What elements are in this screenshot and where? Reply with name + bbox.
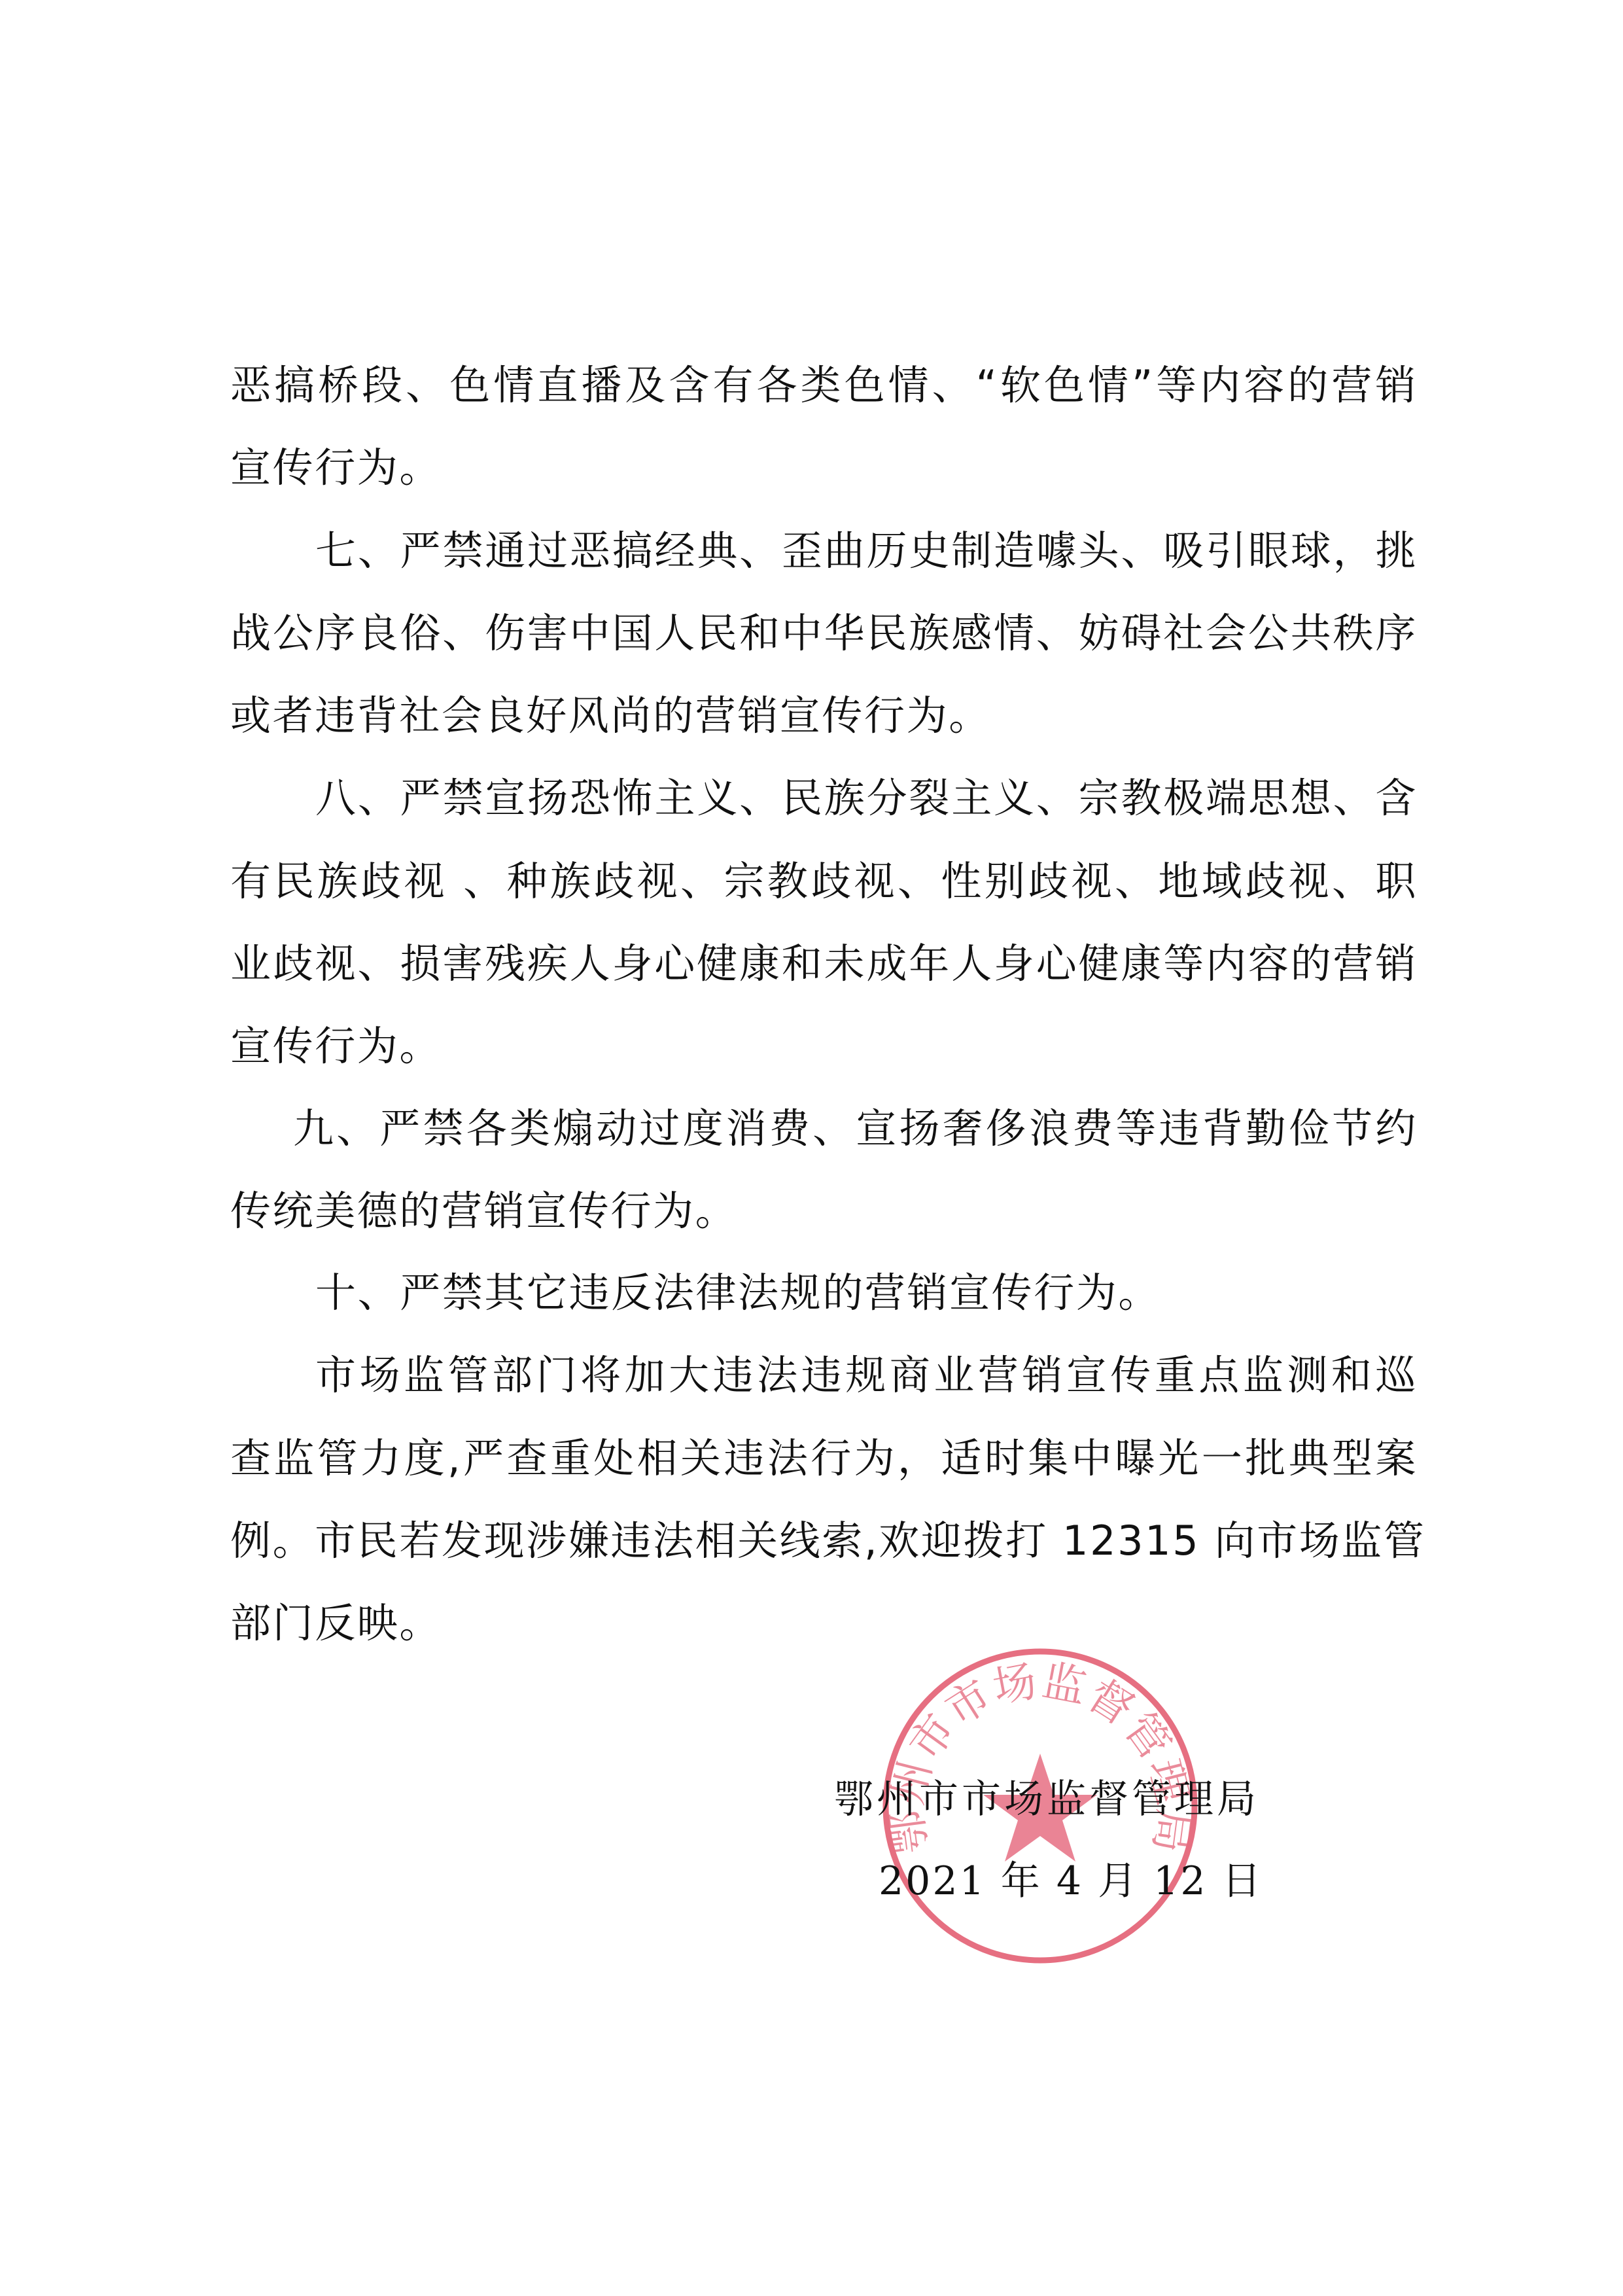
body-line: 十、严禁其它违反法律法规的营销宣传行为。: [315, 1267, 1418, 1319]
body-line: 九、严禁各类煽动过度消费、宣扬奢侈浪费等违背勤俭节约: [293, 1103, 1418, 1155]
body-line: 宣传行为。: [230, 442, 1418, 494]
body-line: 七、严禁通过恶搞经典、歪曲历史制造噱头、吸引眼球，挑: [315, 525, 1418, 577]
body-line: 八、严禁宣扬恐怖主义、民族分裂主义、宗教极端思想、含: [315, 772, 1418, 824]
body-line: 查监管力度,严查重处相关违法行为，适时集中曝光一批典型案: [230, 1432, 1418, 1485]
issuer-name: 鄂州市市场监督管理局: [834, 1773, 1259, 1826]
issue-date: 2021 年 4 月 12 日: [879, 1855, 1263, 1907]
body-line: 宣传行为。: [230, 1020, 1418, 1072]
body-line: 有民族歧视 、种族歧视、宗教歧视、性别歧视、地域歧视、职: [230, 855, 1418, 908]
body-line: 或者违背社会良好风尚的营销宣传行为。: [230, 690, 1418, 742]
body-line: 恶搞桥段、色情直播及含有各类色情、“软色情”等内容的营销: [230, 359, 1418, 412]
body-line: 业歧视、损害残疾人身心健康和未成年人身心健康等内容的营销: [230, 938, 1418, 990]
body-line: 传统美德的营销宣传行为。: [230, 1185, 1418, 1237]
body-line: 部门反映。: [230, 1597, 1418, 1650]
body-line: 市场监管部门将加大违法违规商业营销宣传重点监测和巡: [315, 1349, 1418, 1402]
document-page: 恶搞桥段、色情直播及含有各类色情、“软色情”等内容的营销 宣传行为。 七、严禁通…: [0, 0, 1623, 2296]
body-line: 例。市民若发现涉嫌违法相关线索,欢迎拨打 12315 向市场监管: [230, 1515, 1418, 1567]
body-line: 战公序良俗、伤害中国人民和中华民族感情、妨碍社会公共秩序: [230, 607, 1418, 660]
